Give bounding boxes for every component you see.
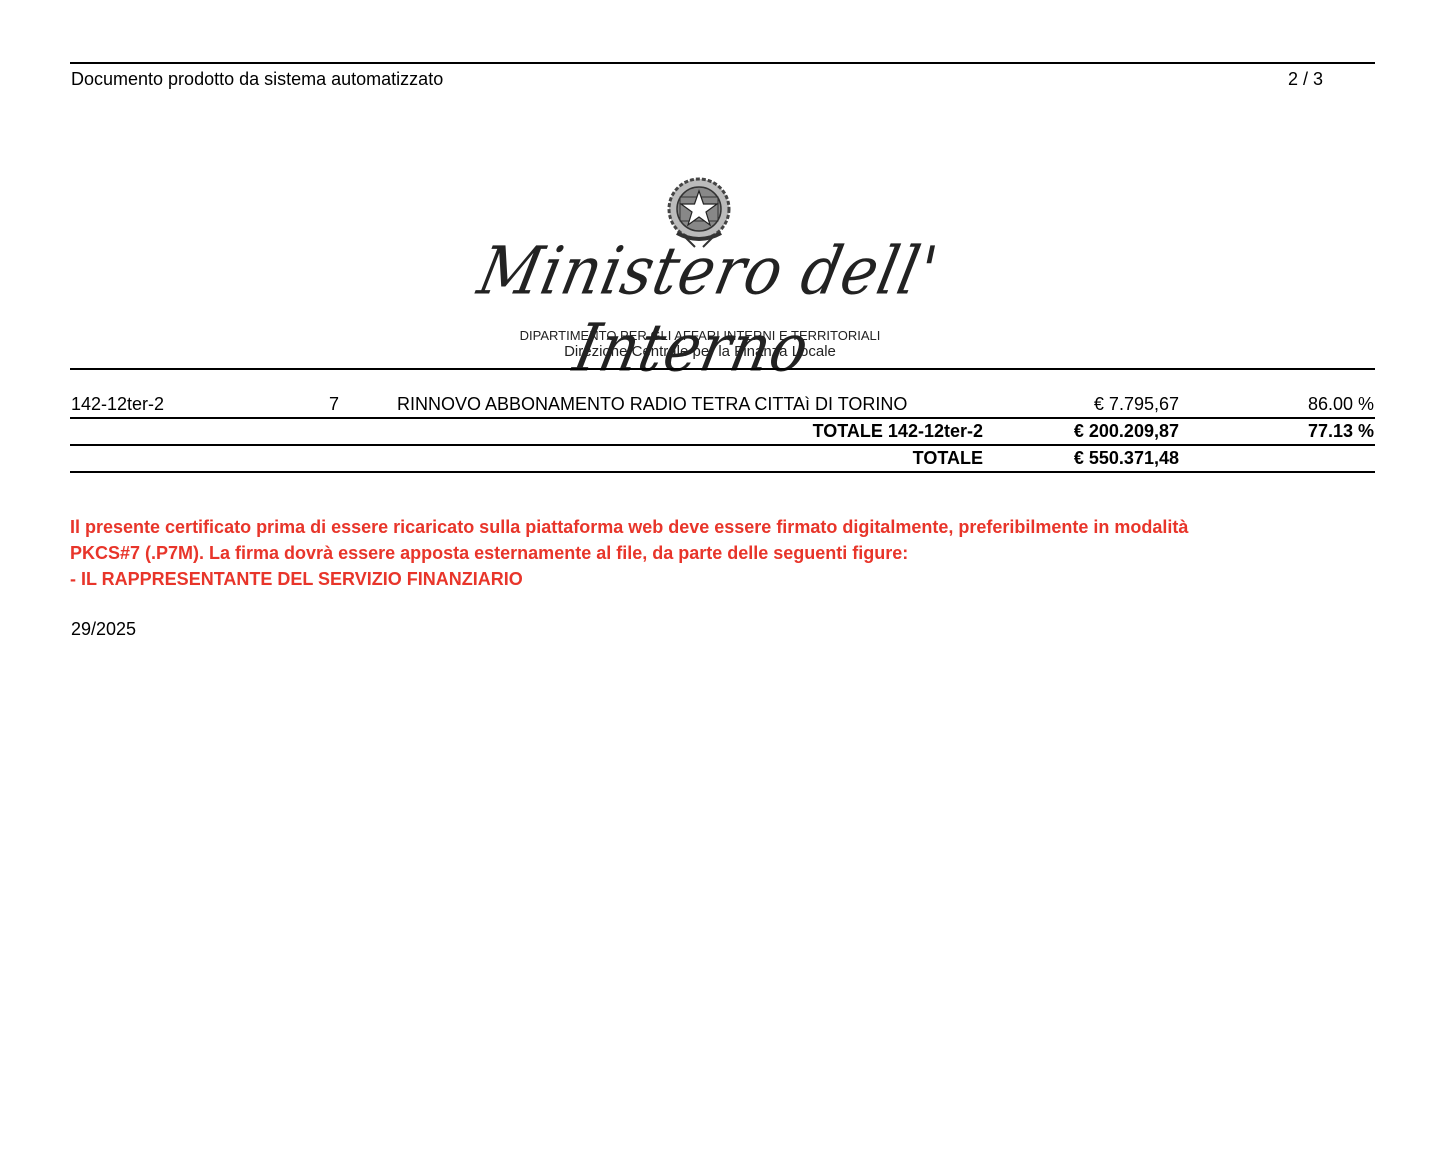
directorate-name: Direzione Centrale per la Finanza Locale (390, 343, 1010, 360)
department-name: DIPARTIMENTO PER GLI AFFARI INTERNI E TE… (390, 328, 1010, 343)
notice-line-1: Il presente certificato prima di essere … (70, 514, 1380, 540)
subtotal-amount: € 200.209,87 (1074, 421, 1179, 442)
total-amount: € 550.371,48 (1074, 448, 1179, 469)
letterhead-divider (70, 368, 1375, 370)
page-header: Documento prodotto da sistema automatizz… (70, 62, 1375, 64)
row-amount: € 7.795,67 (1094, 394, 1179, 415)
document-source-label: Documento prodotto da sistema automatizz… (71, 69, 443, 90)
row-code: 142-12ter-2 (71, 394, 164, 415)
certificate-table: 142-12ter-2 7 RINNOVO ABBONAMENTO RADIO … (70, 392, 1375, 473)
document-date: 29/2025 (71, 619, 136, 640)
notice-line-3: - IL RAPPRESENTANTE DEL SERVIZIO FINANZI… (70, 566, 1380, 592)
row-description: RINNOVO ABBONAMENTO RADIO TETRA CITTAì D… (397, 394, 907, 415)
signature-notice: Il presente certificato prima di essere … (70, 514, 1380, 592)
table-row: 142-12ter-2 7 RINNOVO ABBONAMENTO RADIO … (70, 392, 1375, 419)
total-row: TOTALE € 550.371,48 (70, 446, 1375, 473)
subtotal-label: TOTALE 142-12ter-2 (813, 421, 983, 442)
notice-line-2: PKCS#7 (.P7M). La firma dovrà essere app… (70, 540, 1380, 566)
subtotal-row: TOTALE 142-12ter-2 € 200.209,87 77.13 % (70, 419, 1375, 446)
row-percent: 86.00 % (1308, 394, 1374, 415)
row-number: 7 (329, 394, 339, 415)
total-label: TOTALE (913, 448, 983, 469)
letterhead: Ministero dell' Interno DIPARTIMENTO PER… (390, 170, 1010, 365)
subtotal-percent: 77.13 % (1308, 421, 1374, 442)
page-indicator: 2 / 3 (1288, 69, 1323, 90)
ministry-name: Ministero dell' Interno (374, 233, 1027, 387)
